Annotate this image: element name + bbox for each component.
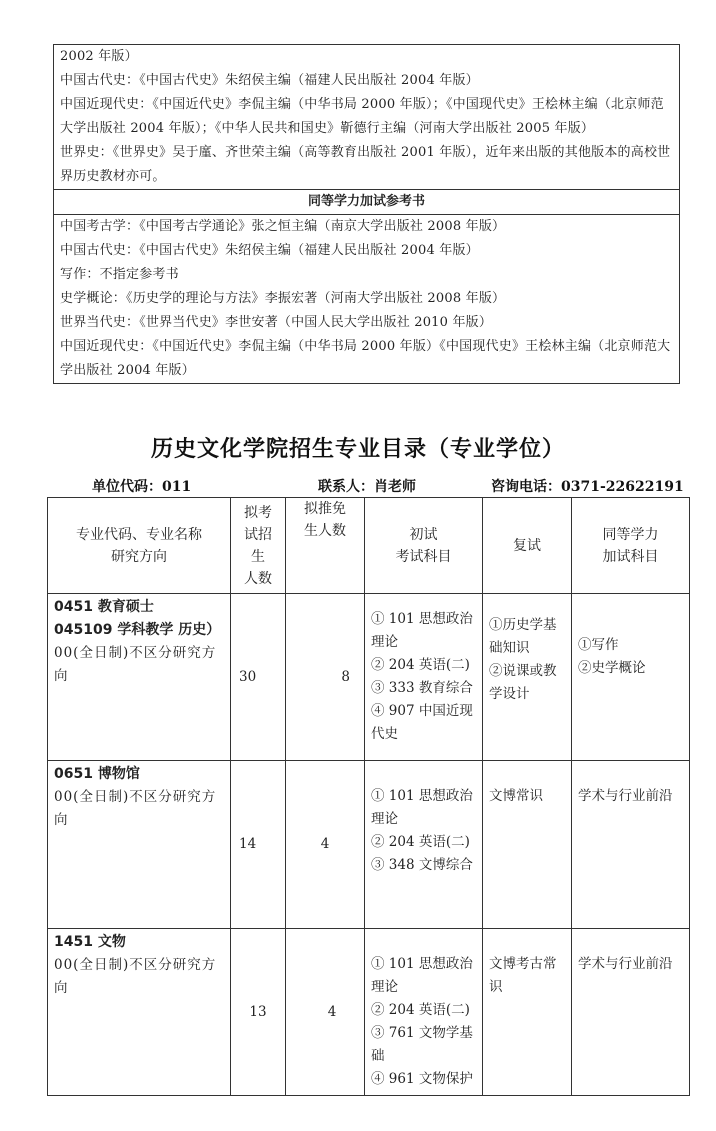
subject-item: 学术与行业前沿 [578,785,683,808]
exam-quota: 30 [231,594,286,761]
table-row: 0451 教育硕士 045109 学科教学 历史） 00(全日制)不区分研究方向… [48,594,690,761]
header-text: 加试科目 [578,546,683,568]
reference-item: 2002 年版） [60,45,673,69]
header-text: 考试科目 [371,546,476,568]
contact-phone: 咨询电话：0371-22622191 [491,476,684,496]
exempt-quota: 8 [286,594,365,761]
header-major: 专业代码、专业名称 研究方向 [48,498,231,594]
header-exempt-quota: 拟推免 生人数 [286,498,365,594]
equivalent-subjects: 学术与行业前沿 [572,929,690,1096]
major-cell: 1451 文物 00(全日制)不区分研究方向 [48,929,231,1096]
header-text: 生人数 [292,520,358,542]
research-direction: 00(全日制)不区分研究方向 [54,954,224,1000]
equivalent-subjects: 学术与行业前沿 [572,761,690,929]
subject-item: ② 204 英语(二) [371,831,476,854]
subject-item: ② 204 英语(二) [371,999,476,1022]
table-header-row: 专业代码、专业名称 研究方向 拟考 试招 生 人数 拟推免 生人数 初试 考试科… [48,498,690,594]
subject-item: ④ 961 文物保护 [371,1068,476,1091]
page-title: 历史文化学院招生专业目录（专业学位） [0,432,716,463]
subject-item: 学术与行业前沿 [578,953,683,976]
subject-item: ①写作 [578,634,683,657]
exempt-quota: 4 [286,929,365,1096]
prelim-subjects: ① 101 思想政治理论 ② 204 英语(二) ③ 761 文物学基础 ④ 9… [365,929,483,1096]
major-code: 045109 学科教学 历史） [54,619,224,642]
header-retest: 复试 [483,498,572,594]
prelim-subjects: ① 101 思想政治理论 ② 204 英语(二) ③ 348 文博综合 [365,761,483,929]
subject-item: ②史学概论 [578,657,683,680]
major-code: 1451 文物 [54,931,224,954]
reference-item: 中国近现代史：《中国近代史》李侃主编（中华书局 2000 年版）；《中国现代史》… [60,93,673,141]
major-code: 0451 教育硕士 [54,596,224,619]
subject-item: 文博常识 [489,785,565,808]
subject-item: ④ 907 中国近现代史 [371,700,476,746]
equivalent-reference-item: 中国考古学：《中国考古学通论》张之恒主编（南京大学出版社 2008 年版） [60,215,673,239]
header-text: 专业代码、专业名称 [54,524,224,546]
subject-item: ② 204 英语(二) [371,654,476,677]
equivalent-reference-item: 史学概论：《历史学的理论与方法》李振宏著（河南大学出版社 2008 年版） [60,287,673,311]
research-direction: 00(全日制)不区分研究方向 [54,786,224,832]
reference-books-table: 2002 年版） 中国古代史：《中国古代史》朱绍侯主编（福建人民出版社 2004… [53,44,680,384]
reference-item: 世界史：《世界史》吴于廑、齐世荣主编（高等教育出版社 2001 年版），近年来出… [60,141,673,189]
unit-code: 单位代码：011 [92,476,191,496]
major-cell: 0651 博物馆 00(全日制)不区分研究方向 [48,761,231,929]
exempt-quota: 4 [286,761,365,929]
header-exam-quota: 拟考 试招 生 人数 [231,498,286,594]
subject-item: ③ 348 文博综合 [371,854,476,877]
retest-subjects: 文博考古常识 [483,929,572,1096]
contact-person: 联系人：肖老师 [318,476,416,496]
equivalent-reference-item: 写作：不指定参考书 [60,263,673,287]
header-text: 同等学力 [578,524,683,546]
equivalent-subjects: ①写作 ②史学概论 [572,594,690,761]
header-text: 人数 [233,568,283,590]
table-row: 0651 博物馆 00(全日制)不区分研究方向 14 4 ① 101 思想政治理… [48,761,690,929]
major-code: 0651 博物馆 [54,763,224,786]
reference-item: 中国古代史：《中国古代史》朱绍侯主编（福建人民出版社 2004 年版） [60,69,673,93]
subject-item: ③ 333 教育综合 [371,677,476,700]
subject-item: ③ 761 文物学基础 [371,1022,476,1068]
prelim-subjects: ① 101 思想政治理论 ② 204 英语(二) ③ 333 教育综合 ④ 90… [365,594,483,761]
equivalent-reference-item: 世界当代史：《世界当代史》李世安著（中国人民大学出版社 2010 年版） [60,311,673,335]
header-text: 研究方向 [54,546,224,568]
program-catalog-table: 专业代码、专业名称 研究方向 拟考 试招 生 人数 拟推免 生人数 初试 考试科… [47,497,690,1096]
header-equivalent: 同等学力 加试科目 [572,498,690,594]
equivalent-reference-item: 中国近现代史：《中国近代史》李侃主编（中华书局 2000 年版）《中国现代史》王… [60,335,673,383]
subject-item: ① 101 思想政治理论 [371,953,476,999]
subject-item: ① 101 思想政治理论 [371,608,476,654]
equivalent-references-heading: 同等学力加试参考书 [54,189,679,215]
exam-quota: 13 [231,929,286,1096]
subject-item: ②说课或教学设计 [489,660,565,706]
equivalent-reference-item: 中国古代史：《中国古代史》朱绍侯主编（福建人民出版社 2004 年版） [60,239,673,263]
header-text: 初试 [371,524,476,546]
header-text: 试招 [233,524,283,546]
subject-item: 文博考古常识 [489,953,565,999]
research-direction: 00(全日制)不区分研究方向 [54,642,224,688]
subject-item: ① 101 思想政治理论 [371,785,476,831]
major-cell: 0451 教育硕士 045109 学科教学 历史） 00(全日制)不区分研究方向 [48,594,231,761]
header-prelim: 初试 考试科目 [365,498,483,594]
subject-item: ①历史学基础知识 [489,614,565,660]
reference-list: 2002 年版） 中国古代史：《中国古代史》朱绍侯主编（福建人民出版社 2004… [54,45,679,189]
exam-quota: 14 [231,761,286,929]
retest-subjects: ①历史学基础知识 ②说课或教学设计 [483,594,572,761]
header-text: 拟推免 [292,498,358,520]
table-row: 1451 文物 00(全日制)不区分研究方向 13 4 ① 101 思想政治理论… [48,929,690,1096]
header-text: 生 [233,546,283,568]
header-text: 拟考 [233,502,283,524]
retest-subjects: 文博常识 [483,761,572,929]
equivalent-reference-list: 中国考古学：《中国考古学通论》张之恒主编（南京大学出版社 2008 年版） 中国… [54,215,679,383]
